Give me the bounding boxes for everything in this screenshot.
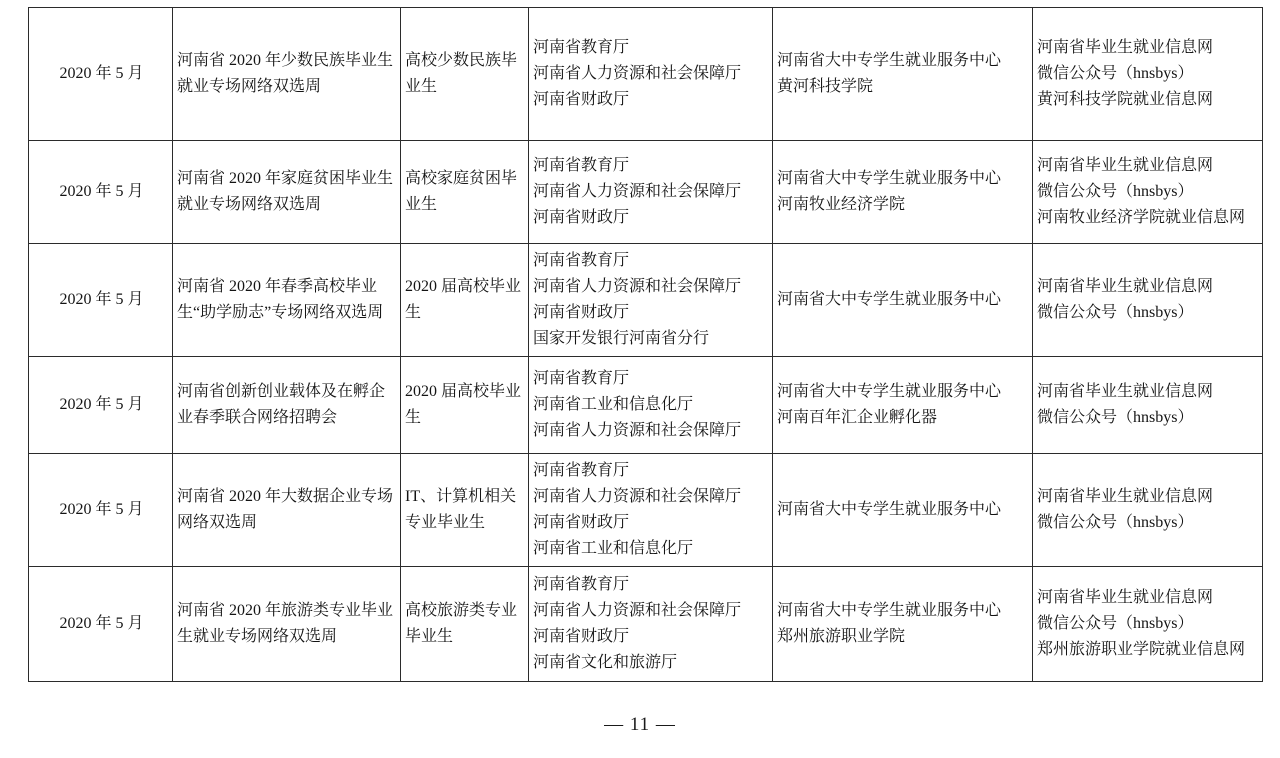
cell-event-name: 河南省 2020 年家庭贫困毕业生就业专场网络双选周 bbox=[173, 141, 401, 244]
cell-date: 2020 年 5 月 bbox=[29, 244, 173, 357]
cell-event-name: 河南省 2020 年春季高校毕业生“助学励志”专场网络双选周 bbox=[173, 244, 401, 357]
document-page: 2020 年 5 月 河南省 2020 年少数民族毕业生就业专场网络双选周 高校… bbox=[0, 0, 1280, 758]
cell-target-group: 2020 届高校毕业生 bbox=[401, 357, 529, 454]
page-number: — 11 — bbox=[0, 714, 1280, 736]
table-row: 2020 年 5 月 河南省 2020 年春季高校毕业生“助学励志”专场网络双选… bbox=[29, 244, 1263, 357]
cell-platforms: 河南省毕业生就业信息网 微信公众号（hnsbys） 河南牧业经济学院就业信息网 bbox=[1033, 141, 1263, 244]
table-row: 2020 年 5 月 河南省 2020 年大数据企业专场网络双选周 IT、计算机… bbox=[29, 454, 1263, 567]
table-row: 2020 年 5 月 河南省 2020 年旅游类专业毕业生就业专场网络双选周 高… bbox=[29, 567, 1263, 682]
cell-undertakers: 河南省大中专学生就业服务中心 河南牧业经济学院 bbox=[773, 141, 1033, 244]
cell-organizers: 河南省教育厅 河南省人力资源和社会保障厅 河南省财政厅 河南省工业和信息化厅 bbox=[529, 454, 773, 567]
cell-event-name: 河南省 2020 年旅游类专业毕业生就业专场网络双选周 bbox=[173, 567, 401, 682]
cell-organizers: 河南省教育厅 河南省人力资源和社会保障厅 河南省财政厅 bbox=[529, 141, 773, 244]
schedule-table: 2020 年 5 月 河南省 2020 年少数民族毕业生就业专场网络双选周 高校… bbox=[28, 7, 1263, 682]
cell-date: 2020 年 5 月 bbox=[29, 8, 173, 141]
table-row: 2020 年 5 月 河南省 2020 年家庭贫困毕业生就业专场网络双选周 高校… bbox=[29, 141, 1263, 244]
cell-organizers: 河南省教育厅 河南省工业和信息化厅 河南省人力资源和社会保障厅 bbox=[529, 357, 773, 454]
cell-target-group: 高校旅游类专业毕业生 bbox=[401, 567, 529, 682]
cell-undertakers: 河南省大中专学生就业服务中心 bbox=[773, 454, 1033, 567]
table-row: 2020 年 5 月 河南省 2020 年少数民族毕业生就业专场网络双选周 高校… bbox=[29, 8, 1263, 141]
cell-date: 2020 年 5 月 bbox=[29, 454, 173, 567]
cell-undertakers: 河南省大中专学生就业服务中心 河南百年汇企业孵化器 bbox=[773, 357, 1033, 454]
cell-date: 2020 年 5 月 bbox=[29, 357, 173, 454]
cell-platforms: 河南省毕业生就业信息网 微信公众号（hnsbys） bbox=[1033, 244, 1263, 357]
cell-target-group: IT、计算机相关专业毕业生 bbox=[401, 454, 529, 567]
cell-organizers: 河南省教育厅 河南省人力资源和社会保障厅 河南省财政厅 河南省文化和旅游厅 bbox=[529, 567, 773, 682]
cell-target-group: 高校少数民族毕业生 bbox=[401, 8, 529, 141]
cell-undertakers: 河南省大中专学生就业服务中心 郑州旅游职业学院 bbox=[773, 567, 1033, 682]
cell-undertakers: 河南省大中专学生就业服务中心 黄河科技学院 bbox=[773, 8, 1033, 141]
cell-date: 2020 年 5 月 bbox=[29, 141, 173, 244]
table-row: 2020 年 5 月 河南省创新创业载体及在孵企业春季联合网络招聘会 2020 … bbox=[29, 357, 1263, 454]
cell-date: 2020 年 5 月 bbox=[29, 567, 173, 682]
cell-organizers: 河南省教育厅 河南省人力资源和社会保障厅 河南省财政厅 国家开发银行河南省分行 bbox=[529, 244, 773, 357]
cell-event-name: 河南省创新创业载体及在孵企业春季联合网络招聘会 bbox=[173, 357, 401, 454]
cell-platforms: 河南省毕业生就业信息网 微信公众号（hnsbys） bbox=[1033, 357, 1263, 454]
cell-target-group: 2020 届高校毕业生 bbox=[401, 244, 529, 357]
cell-organizers: 河南省教育厅 河南省人力资源和社会保障厅 河南省财政厅 bbox=[529, 8, 773, 141]
cell-event-name: 河南省 2020 年少数民族毕业生就业专场网络双选周 bbox=[173, 8, 401, 141]
cell-platforms: 河南省毕业生就业信息网 微信公众号（hnsbys） 郑州旅游职业学院就业信息网 bbox=[1033, 567, 1263, 682]
cell-undertakers: 河南省大中专学生就业服务中心 bbox=[773, 244, 1033, 357]
cell-platforms: 河南省毕业生就业信息网 微信公众号（hnsbys） bbox=[1033, 454, 1263, 567]
cell-event-name: 河南省 2020 年大数据企业专场网络双选周 bbox=[173, 454, 401, 567]
cell-target-group: 高校家庭贫困毕业生 bbox=[401, 141, 529, 244]
cell-platforms: 河南省毕业生就业信息网 微信公众号（hnsbys） 黄河科技学院就业信息网 bbox=[1033, 8, 1263, 141]
